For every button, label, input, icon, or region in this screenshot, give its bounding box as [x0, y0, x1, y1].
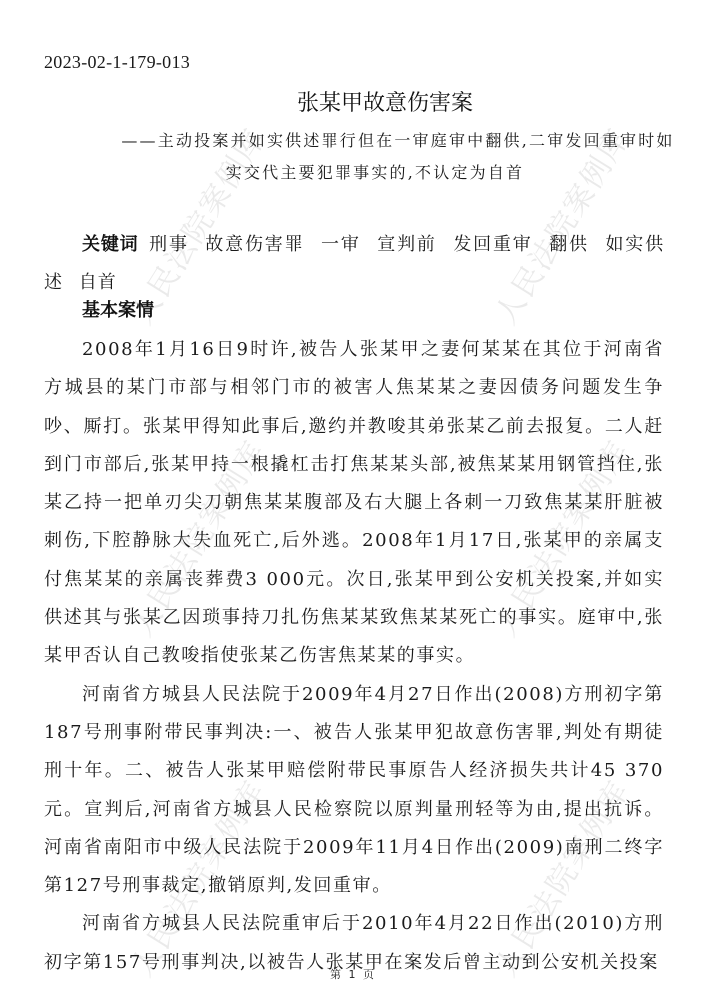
page-number: 第 1 页 [0, 966, 706, 982]
subtitle-line: ——主动投案并如实供述罪行但在一审庭审中翻供,二审发回重审时如 [0, 128, 706, 151]
section-heading-basic-facts: 基本案情 [82, 296, 154, 322]
keyword: 刑事 [149, 234, 189, 255]
document-title: 张某甲故意伤害案 [0, 86, 706, 117]
keywords-label: 关键词 [82, 234, 139, 255]
subtitle-line: 实交代主要犯罪事实的,不认定为自首 [0, 160, 706, 183]
keyword: 发回重审 [453, 234, 532, 255]
case-number: 2023-02-1-179-013 [44, 52, 190, 73]
keyword: 一审 [321, 234, 361, 255]
keyword: 翻供 [549, 234, 589, 255]
paragraph: 河南省方城县人民法院于2009年4月27日作出(2008)方刑初字第187号刑事… [44, 676, 664, 906]
paragraph: 2008年1月16日9时许,被告人张某甲之妻何某某在其位于河南省方城县的某门市部… [44, 331, 664, 676]
keyword: 故意伤害罪 [205, 234, 304, 255]
keywords-block: 关键词 刑事 故意伤害罪 一审 宣判前 发回重审 翻供 如实供述 自首 [44, 226, 664, 303]
keyword: 宣判前 [377, 234, 437, 255]
keyword: 自首 [79, 272, 117, 293]
section-body: 2008年1月16日9时许,被告人张某甲之妻何某某在其位于河南省方城县的某门市部… [44, 331, 664, 982]
document-page: 人民法院案例库 人民法院案例库 人民法院案例库 人民法院案例库 人民法院案例库 … [0, 0, 706, 999]
